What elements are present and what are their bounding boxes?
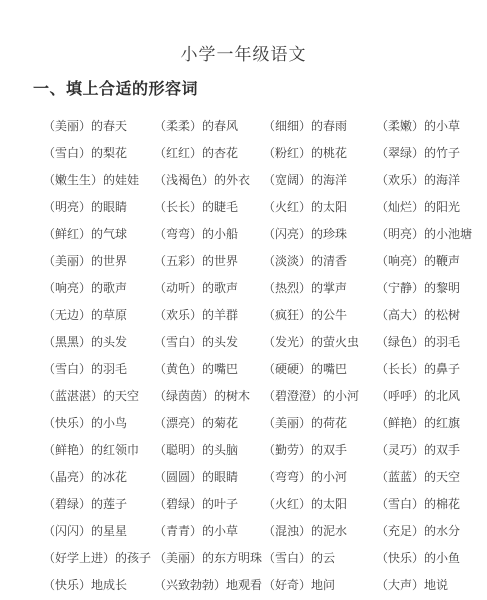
phrase-grid: （美丽）的春天（柔柔）的春风（细细）的春雨（柔嫩）的小草（雪白）的梨花（红红）的… xyxy=(43,112,483,598)
phrase-cell: （响亮）的歌声 xyxy=(43,281,154,295)
phrase-cell: （灵巧）的双手 xyxy=(376,443,483,457)
phrase-cell: （明亮）的小池塘 xyxy=(376,227,483,241)
phrase-cell: （灿烂）的阳光 xyxy=(376,200,483,214)
phrase-cell: （鲜红）的气球 xyxy=(43,227,154,241)
phrase-cell: （闪亮）的珍珠 xyxy=(263,227,376,241)
phrase-cell: （硬硬）的嘴巴 xyxy=(263,362,376,376)
phrase-cell: （快乐）的小鱼 xyxy=(376,551,483,565)
phrase-cell: （聪明）的头脑 xyxy=(154,443,263,457)
phrase-cell: （红红）的杏花 xyxy=(154,146,263,160)
phrase-cell: （无边）的草原 xyxy=(43,308,154,322)
phrase-cell: （好奇）地问 xyxy=(263,578,376,592)
phrase-cell: （柔嫩）的小草 xyxy=(376,119,483,133)
phrase-cell: （鲜艳）的红旗 xyxy=(376,416,483,430)
phrase-cell: （翠绿）的竹子 xyxy=(376,146,483,160)
phrase-cell: （嫩生生）的娃娃 xyxy=(43,173,154,187)
phrase-cell: （疯狂）的公牛 xyxy=(263,308,376,322)
phrase-cell: （快乐）地成长 xyxy=(43,578,154,592)
phrase-cell: （绿茵茵）的树木 xyxy=(154,389,263,403)
phrase-cell: （响亮）的鞭声 xyxy=(376,254,483,268)
phrase-cell: （细细）的春雨 xyxy=(263,119,376,133)
phrase-cell: （雪白）的云 xyxy=(263,551,376,565)
phrase-cell: （粉红）的桃花 xyxy=(263,146,376,160)
phrase-cell: （圆圆）的眼睛 xyxy=(154,470,263,484)
phrase-cell: （晶亮）的冰花 xyxy=(43,470,154,484)
page-title: 小学一年级语文 xyxy=(0,40,487,65)
phrase-cell: （雪白）的羽毛 xyxy=(43,362,154,376)
phrase-cell: （青青）的小草 xyxy=(154,524,263,538)
phrase-cell: （长长）的鼻子 xyxy=(376,362,483,376)
phrase-cell: （碧绿）的叶子 xyxy=(154,497,263,511)
worksheet-page: 小学一年级语文 一、填上合适的形容词 （美丽）的春天（柔柔）的春风（细细）的春雨… xyxy=(0,0,487,600)
phrase-cell: （蓝蓝）的天空 xyxy=(376,470,483,484)
phrase-cell: （呼呼）的北风 xyxy=(376,389,483,403)
phrase-cell: （宁静）的黎明 xyxy=(376,281,483,295)
phrase-cell: （美丽）的世界 xyxy=(43,254,154,268)
phrase-cell: （柔柔）的春风 xyxy=(154,119,263,133)
phrase-cell: （充足）的水分 xyxy=(376,524,483,538)
phrase-cell: （雪白）的梨花 xyxy=(43,146,154,160)
phrase-cell: （弯弯）的小河 xyxy=(263,470,376,484)
phrase-cell: （五彩）的世界 xyxy=(154,254,263,268)
phrase-cell: （火红）的太阳 xyxy=(263,200,376,214)
phrase-cell: （碧绿）的莲子 xyxy=(43,497,154,511)
phrase-cell: （兴致勃勃）地观看 xyxy=(154,578,263,592)
phrase-cell: （浅褐色）的外衣 xyxy=(154,173,263,187)
phrase-cell: （好学上进）的孩子 xyxy=(43,551,154,565)
phrase-cell: （火红）的太阳 xyxy=(263,497,376,511)
phrase-cell: （碧澄澄）的小河 xyxy=(263,389,376,403)
phrase-cell: （弯弯）的小船 xyxy=(154,227,263,241)
phrase-cell: （欢乐）的羊群 xyxy=(154,308,263,322)
phrase-cell: （长长）的睫毛 xyxy=(154,200,263,214)
phrase-cell: （混浊）的泥水 xyxy=(263,524,376,538)
phrase-cell: （雪白）的棉花 xyxy=(376,497,483,511)
phrase-cell: （闪闪）的星星 xyxy=(43,524,154,538)
phrase-cell: （蓝湛湛）的天空 xyxy=(43,389,154,403)
phrase-cell: （热烈）的掌声 xyxy=(263,281,376,295)
phrase-cell: （快乐）的小鸟 xyxy=(43,416,154,430)
phrase-cell: （勤劳）的双手 xyxy=(263,443,376,457)
phrase-cell: （欢乐）的海洋 xyxy=(376,173,483,187)
phrase-cell: （黑黑）的头发 xyxy=(43,335,154,349)
phrase-cell: （宽阔）的海洋 xyxy=(263,173,376,187)
phrase-cell: （明亮）的眼睛 xyxy=(43,200,154,214)
phrase-cell: （美丽）的荷花 xyxy=(263,416,376,430)
phrase-cell: （黄色）的嘴巴 xyxy=(154,362,263,376)
phrase-cell: （高大）的松树 xyxy=(376,308,483,322)
phrase-cell: （美丽）的东方明珠 xyxy=(154,551,263,565)
phrase-cell: （鲜艳）的红领巾 xyxy=(43,443,154,457)
section-heading: 一、填上合适的形容词 xyxy=(33,76,198,99)
phrase-cell: （绿色）的羽毛 xyxy=(376,335,483,349)
phrase-cell: （动听）的歌声 xyxy=(154,281,263,295)
phrase-cell: （美丽）的春天 xyxy=(43,119,154,133)
phrase-cell: （雪白）的头发 xyxy=(154,335,263,349)
phrase-cell: （漂亮）的菊花 xyxy=(154,416,263,430)
phrase-cell: （大声）地说 xyxy=(376,578,483,592)
phrase-cell: （淡淡）的清香 xyxy=(263,254,376,268)
phrase-cell: （发光）的萤火虫 xyxy=(263,335,376,349)
